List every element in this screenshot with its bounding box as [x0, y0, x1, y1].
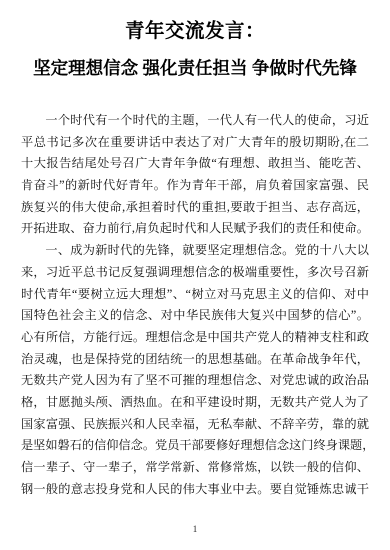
body-line: 钢一般的意志投身党和人民的伟大事业中去。要自觉锤炼忠诚干 [21, 479, 369, 501]
body-line: 一个时代有一个时代的主题，一代人有一代人的使命，习近 [21, 110, 369, 132]
document-title: 青年交流发言： [0, 20, 390, 43]
body-line: 信一辈子、守一辈子，常学常新、常修常炼，以铁一般的信仰、 [21, 457, 369, 479]
body-line: 开拓进取、奋力前行,肩负起时代和人民赋予我们的责任和使命。 [21, 218, 369, 240]
document-body: 一个时代有一个时代的主题，一代人有一代人的使命，习近平总书记多次在重要讲话中表达… [21, 110, 369, 500]
body-line: 国特色社会主义的信念、对中华民族伟大复兴中国梦的信心”。 [21, 305, 369, 327]
document-page: 青年交流发言： 坚定理想信念 强化责任担当 争做时代先锋 一个时代有一个时代的主… [0, 0, 390, 550]
body-line: 国家富强、民族振兴和人民幸福，无私奉献、不辞辛劳，靠的就 [21, 414, 369, 436]
body-line: 无数共产党人因为有了坚不可摧的理想信念、对党忠诚的政治品 [21, 370, 369, 392]
body-line: 十大报告结尾处号召广大青年争做“有理想、敢担当、能吃苦、 [21, 153, 369, 175]
body-line: 一、成为新时代的先锋，就要坚定理想信念。党的十八大以 [21, 240, 369, 262]
body-line: 时代青年“要树立远大理想”、“树立对马克思主义的信仰、对中 [21, 284, 369, 306]
body-line: 治灵魂，也是保持党的团结统一的思想基础。在革命战争年代， [21, 349, 369, 371]
body-line: 平总书记多次在重要讲话中表达了对广大青年的殷切期盼,在二 [21, 132, 369, 154]
page-number: 1 [0, 523, 390, 535]
body-line: 肯奋斗”的新时代好青年。作为青年干部，肩负着国家富强、民 [21, 175, 369, 197]
body-line: 格，甘愿抛头颅、洒热血。在和平建设时期，无数共产党人为了 [21, 392, 369, 414]
body-line: 是坚如磐石的信仰信念。党员干部要修好理想信念这门终身课题， [21, 435, 369, 457]
body-line: 来，习近平总书记反复强调理想信念的极端重要性，多次号召新 [21, 262, 369, 284]
body-line: 族复兴的伟大使命,承担着时代的重担,要敢于担当、志存高远， [21, 197, 369, 219]
body-line: 心有所信，方能行远。理想信念是中国共产党人的精神支柱和政 [21, 327, 369, 349]
document-subtitle: 坚定理想信念 强化责任担当 争做时代先锋 [0, 56, 390, 80]
